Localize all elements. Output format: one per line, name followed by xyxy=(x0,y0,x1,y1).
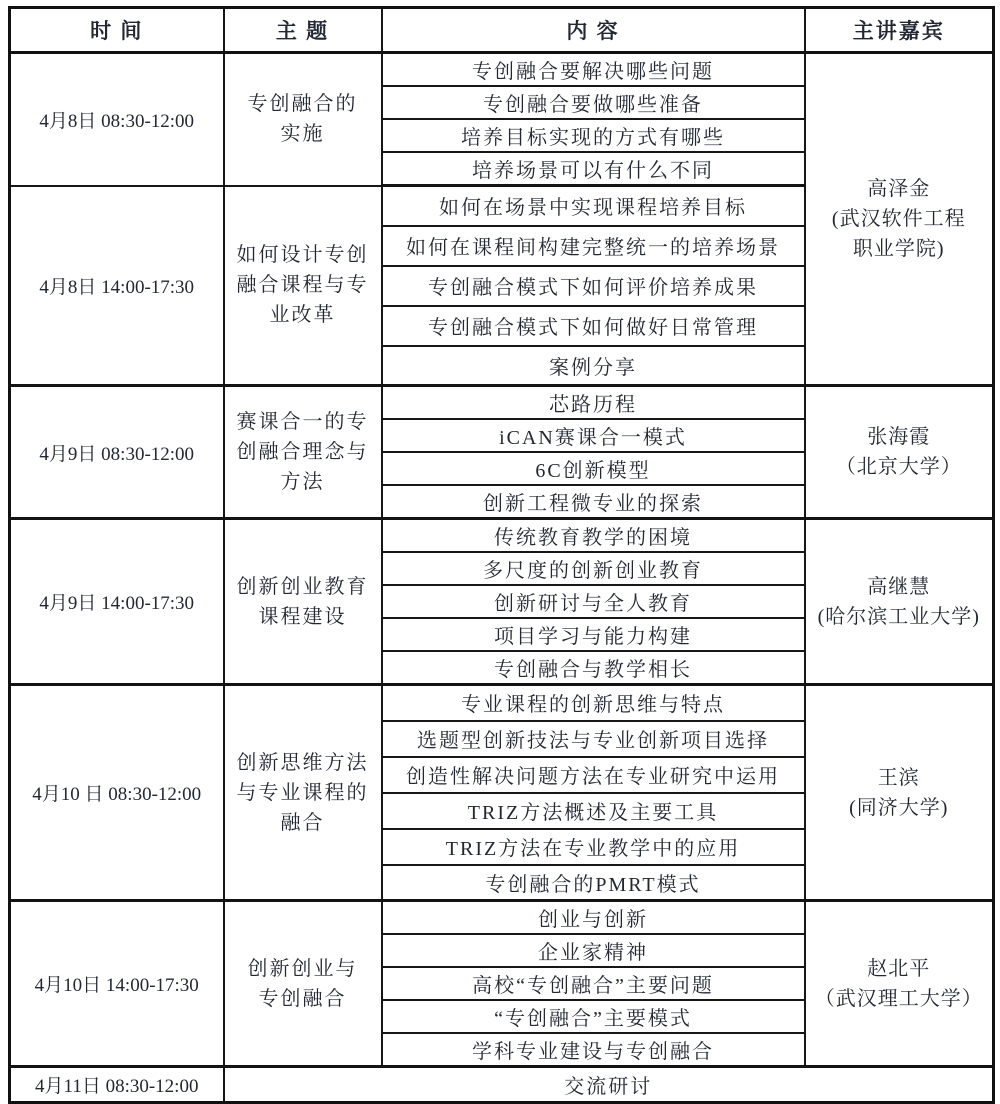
speaker-cell-session5: 王滨 (同济大学) xyxy=(805,685,994,901)
content-item-cell: 创新工程微专业的探索 xyxy=(382,485,805,519)
speaker-affiliation: （武汉理工大学） xyxy=(808,984,991,1014)
time-cell-session6: 4月10日 14:00-17:30 xyxy=(10,901,224,1067)
content-item-cell: iCAN赛课合一模式 xyxy=(382,419,805,452)
session5-row: 4月10 日 08:30-12:00 创新思维方法 与专业课程的 融合 专业课程… xyxy=(10,685,994,721)
time-cell-session1: 4月8日 08:30-12:00 xyxy=(10,53,224,186)
session3-row: 4月9日 08:30-12:00 赛课合一的专 创融合理念与 方法 芯路历程 张… xyxy=(10,386,994,420)
content-item-cell: 选题型创新技法与专业创新项目选择 xyxy=(382,721,805,757)
content-item-cell: 创业与创新 xyxy=(382,901,805,935)
document-page: 时 间 主 题 内 容 主讲嘉宾 4月8日 08:30-12:00 专创融合的 … xyxy=(0,0,1000,1051)
content-item-cell: 创新研讨与全人教育 xyxy=(382,585,805,618)
speaker-cell-session3: 张海霞 （北京大学） xyxy=(805,386,994,519)
topic-cell-session5: 创新思维方法 与专业课程的 融合 xyxy=(224,685,382,901)
content-item-cell: 传统教育教学的困境 xyxy=(382,519,805,553)
content-item-cell: 学科专业建设与专创融合 xyxy=(382,1033,805,1067)
topic-cell-session3: 赛课合一的专 创融合理念与 方法 xyxy=(224,386,382,519)
content-item-cell: 专创融合要解决哪些问题 xyxy=(382,53,805,87)
speaker-name: 高泽金 xyxy=(808,174,991,204)
schedule-table: 时 间 主 题 内 容 主讲嘉宾 4月8日 08:30-12:00 专创融合的 … xyxy=(8,6,995,1104)
content-item-cell: 多尺度的创新创业教育 xyxy=(382,552,805,585)
time-cell-session5: 4月10 日 08:30-12:00 xyxy=(10,685,224,901)
col-header-content: 内 容 xyxy=(382,8,805,53)
content-item-cell: 项目学习与能力构建 xyxy=(382,618,805,651)
speaker-cell-session1-2: 高泽金 (武汉软件工程 职业学院) xyxy=(805,53,994,386)
content-item-cell: 培养场景可以有什么不同 xyxy=(382,152,805,186)
topic-cell-session4: 创新创业教育 课程建设 xyxy=(224,519,382,685)
content-item-cell: 专创融合模式下如何评价培养成果 xyxy=(382,266,805,306)
speaker-affiliation: （北京大学） xyxy=(808,452,991,482)
col-header-time: 时 间 xyxy=(10,8,224,53)
content-item-cell: “专创融合”主要模式 xyxy=(382,1000,805,1033)
closing-content-cell: 交流研讨 xyxy=(224,1067,994,1103)
content-item-cell: 专创融合模式下如何做好日常管理 xyxy=(382,306,805,346)
content-item-cell: 培养目标实现的方式有哪些 xyxy=(382,119,805,152)
speaker-cell-session6: 赵北平 （武汉理工大学） xyxy=(805,901,994,1067)
topic-cell-session6: 创新创业与 专创融合 xyxy=(224,901,382,1067)
speaker-affiliation: (同济大学) xyxy=(808,793,991,823)
topic-cell-session1: 专创融合的 实施 xyxy=(224,53,382,186)
time-cell-session4: 4月9日 14:00-17:30 xyxy=(10,519,224,685)
content-item-cell: 专业课程的创新思维与特点 xyxy=(382,685,805,721)
speaker-name: 王滨 xyxy=(808,763,991,793)
col-header-topic: 主 题 xyxy=(224,8,382,53)
session1-row: 4月8日 08:30-12:00 专创融合的 实施 专创融合要解决哪些问题 高泽… xyxy=(10,53,994,87)
content-item-cell: 专创融合的PMRT模式 xyxy=(382,865,805,901)
content-item-cell: 如何在课程间构建完整统一的培养场景 xyxy=(382,226,805,266)
content-item-cell: 高校“专创融合”主要问题 xyxy=(382,967,805,1000)
closing-row: 4月11日 08:30-12:00 交流研讨 xyxy=(10,1067,994,1103)
session4-row: 4月9日 14:00-17:30 创新创业教育 课程建设 传统教育教学的困境 高… xyxy=(10,519,994,553)
speaker-affiliation: (武汉软件工程 职业学院) xyxy=(808,204,991,264)
content-item-cell: 专创融合与教学相长 xyxy=(382,651,805,685)
speaker-name: 赵北平 xyxy=(808,954,991,984)
speaker-affiliation: (哈尔滨工业大学) xyxy=(808,602,991,632)
speaker-cell-session4: 高继慧 (哈尔滨工业大学) xyxy=(805,519,994,685)
time-cell-session2: 4月8日 14:00-17:30 xyxy=(10,186,224,386)
time-cell-closing: 4月11日 08:30-12:00 xyxy=(10,1067,224,1103)
header-row: 时 间 主 题 内 容 主讲嘉宾 xyxy=(10,8,994,53)
content-item-cell: 专创融合要做哪些准备 xyxy=(382,86,805,119)
col-header-speaker: 主讲嘉宾 xyxy=(805,8,994,53)
content-item-cell: 企业家精神 xyxy=(382,934,805,967)
content-item-cell: TRIZ方法概述及主要工具 xyxy=(382,793,805,829)
speaker-name: 张海霞 xyxy=(808,422,991,452)
time-cell-session3: 4月9日 08:30-12:00 xyxy=(10,386,224,519)
speaker-name: 高继慧 xyxy=(808,572,991,602)
content-item-cell: 如何在场景中实现课程培养目标 xyxy=(382,186,805,226)
session6-row: 4月10日 14:00-17:30 创新创业与 专创融合 创业与创新 赵北平 （… xyxy=(10,901,994,935)
content-item-cell: 芯路历程 xyxy=(382,386,805,420)
content-item-cell: 6C创新模型 xyxy=(382,452,805,485)
content-item-cell: 创造性解决问题方法在专业研究中运用 xyxy=(382,757,805,793)
content-item-cell: TRIZ方法在专业教学中的应用 xyxy=(382,829,805,865)
content-item-cell: 案例分享 xyxy=(382,346,805,386)
topic-cell-session2: 如何设计专创 融合课程与专 业改革 xyxy=(224,186,382,386)
